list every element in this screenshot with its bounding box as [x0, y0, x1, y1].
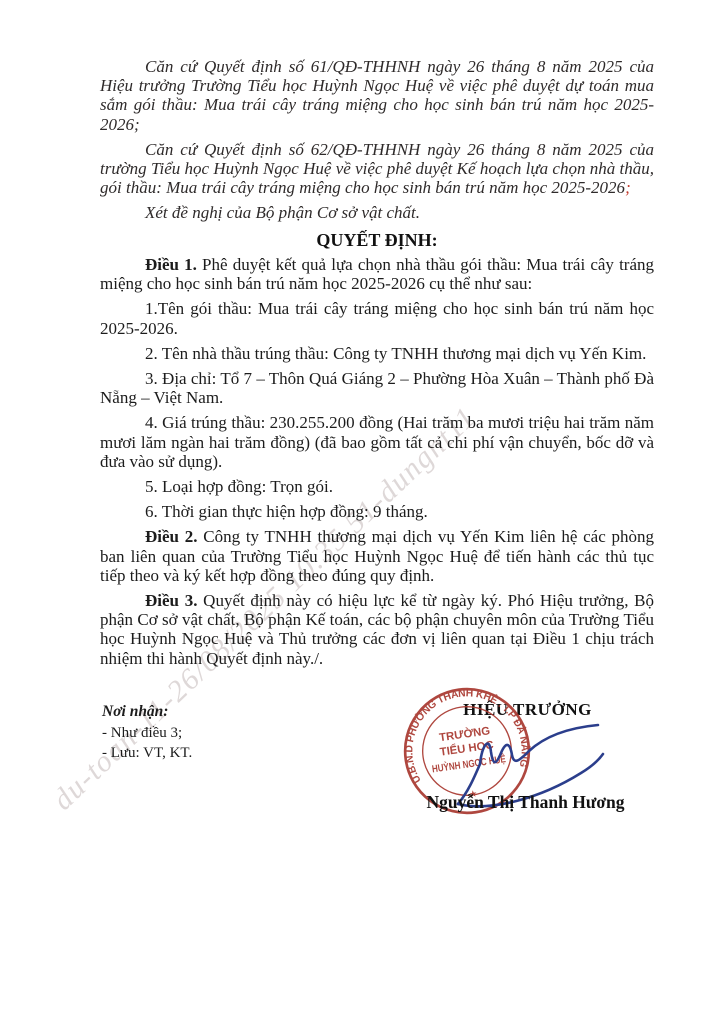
- article-2-paragraph: Điều 2. Công ty TNHH thương mại dịch vụ …: [100, 527, 654, 585]
- item-1-package-name: 1.Tên gói thầu: Mua trái cây tráng miệng…: [100, 299, 654, 337]
- recipients-line-2: - Lưu: VT, KT.: [102, 744, 192, 764]
- item-4-price: 4. Giá trúng thầu: 230.255.200 đồng (Hai…: [100, 413, 654, 471]
- citation-paragraph-3: Xét đề nghị của Bộ phận Cơ sở vật chất.: [100, 203, 654, 222]
- recipients-block: Nơi nhận: - Như điều 3; - Lưu: VT, KT.: [102, 702, 192, 763]
- citation-2-text: Căn cứ Quyết định số 62/QĐ-THHNH ngày 26…: [100, 140, 654, 197]
- article-1-paragraph: Điều 1. Phê duyệt kết quả lựa chọn nhà t…: [100, 255, 654, 293]
- citation-paragraph-1: Căn cứ Quyết định số 61/QĐ-THHNH ngày 26…: [100, 57, 654, 134]
- recipients-line-1: - Như điều 3;: [102, 724, 192, 744]
- signer-name: Nguyễn Thị Thanh Hương: [398, 792, 653, 813]
- recipients-title: Nơi nhận:: [102, 702, 192, 722]
- decision-heading: QUYẾT ĐỊNH:: [100, 230, 654, 250]
- item-6-duration: 6. Thời gian thực hiện hợp đồng: 9 tháng…: [100, 502, 654, 521]
- document-page: du-toan-11-26/08/2025 10.35.51-dungnt11 …: [0, 0, 724, 1024]
- article-2-label: Điều 2.: [145, 527, 198, 546]
- item-2-contractor: 2. Tên nhà thầu trúng thầu: Công ty TNHH…: [100, 344, 654, 363]
- item-3-address: 3. Địa chỉ: Tổ 7 – Thôn Quá Giáng 2 – Ph…: [100, 369, 654, 407]
- citation-2-red-semicolon: ;: [625, 178, 631, 197]
- citation-paragraph-2: Căn cứ Quyết định số 62/QĐ-THHNH ngày 26…: [100, 140, 654, 198]
- document-body: Căn cứ Quyết định số 61/QĐ-THHNH ngày 26…: [100, 57, 654, 674]
- item-5-contract-type: 5. Loại hợp đồng: Trọn gói.: [100, 477, 654, 496]
- article-3-paragraph: Điều 3. Quyết định này có hiệu lực kể từ…: [100, 591, 654, 668]
- article-3-label: Điều 3.: [145, 591, 197, 610]
- article-1-label: Điều 1.: [145, 255, 197, 274]
